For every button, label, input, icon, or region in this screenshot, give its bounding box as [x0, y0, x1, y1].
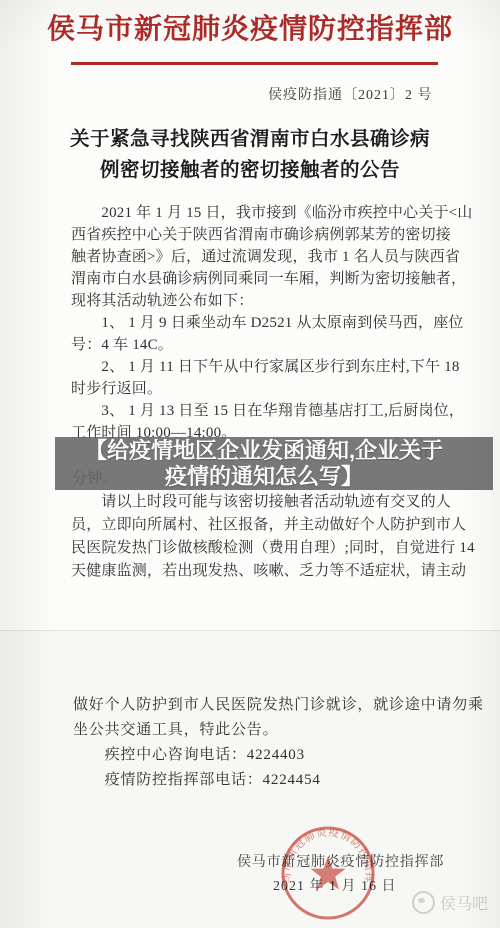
body-line: 现将其活动轨迹公布如下： [71, 290, 463, 312]
official-red-stamp: 侯马市新冠肺炎疫情防控指挥部 [279, 824, 377, 922]
notice-title-line1: 关于紧急寻找陕西省渭南市白水县确诊病 [50, 124, 450, 155]
footer-line: 坐公共交通工具，特此公告。 [73, 718, 465, 743]
body-line: 触者协查函>》后，通过流调发现，我市 1 名人员与陕西省 [71, 246, 463, 268]
stamp-graphic: 侯马市新冠肺炎疫情防控指挥部 [279, 824, 377, 922]
overlay-caption-line2: 疫情的通知怎么写】 [165, 464, 363, 490]
track-item-2-cont: 时步行返回。 [71, 378, 463, 400]
notice-title: 关于紧急寻找陕西省渭南市白水县确诊病 例密切接触者的密切接触者的公告 [50, 124, 450, 186]
body-line: 请以上时段可能与该密切接触者活动轨迹有交叉的人 [71, 491, 463, 514]
track-item-1: 1、 1 月 9 日乘坐动车 D2521 从太原南到侯马西，座位 [71, 312, 463, 334]
issuing-agency-header: 侯马市新冠肺炎疫情防控指挥部 [28, 7, 472, 47]
cdc-hotline: 疾控中心咨询电话：4224403 [73, 743, 465, 768]
overlay-caption-band: 【给疫情地区企业发函通知,企业关于 疫情的通知怎么写】 [55, 437, 493, 490]
body-line: 天健康监测，若出现发热、咳嗽、乏力等不适症状，请主动 [71, 560, 463, 583]
footer-line: 做好个人防护到市人民医院发热门诊就诊，就诊途中请勿乘 [73, 693, 465, 718]
overlay-caption-line1: 【给疫情地区企业发函通知,企业关于 [85, 438, 443, 464]
body-line: 员，立即向所属村、社区报备，并主动做好个人防护到市人 [71, 514, 463, 537]
body-line: 2021 年 1 月 15 日，我市接到《临汾市疾控中心关于<山 [71, 202, 463, 224]
watermark: 侯马吧 [412, 891, 488, 914]
notice-body-part1: 2021 年 1 月 15 日，我市接到《临汾市疾控中心关于<山 西省疾控中心关… [71, 202, 463, 444]
notice-body-part2: 请以上时段可能与该密切接触者活动轨迹有交叉的人 员，立即向所属村、社区报备，并主… [71, 491, 463, 583]
body-line: 渭南市白水县确诊病例同乘同一车厢，判断为密切接触者， [71, 268, 463, 290]
stamp-star-icon [311, 856, 346, 890]
red-divider-rule [71, 62, 438, 65]
notice-title-line2: 例密切接触者的密切接触者的公告 [50, 155, 450, 186]
tieba-logo-icon [412, 891, 435, 914]
notice-footer: 做好个人防护到市人民医院发热门诊就诊，就诊途中请勿乘 坐公共交通工具，特此公告。… [73, 693, 465, 793]
body-line: 民医院发热门诊做核酸检测（费用自理）;同时，自觉进行 14 [71, 537, 463, 560]
body-line: 西省疾控中心关于陕西省渭南市确诊病例郭某芳的密切接 [71, 224, 463, 246]
command-hotline: 疫情防控指挥部电话：4224454 [73, 768, 465, 793]
track-item-3: 3、 1 月 13 日至 15 日在华翔肯德基店打工,后厨岗位， [71, 400, 463, 422]
track-item-2: 2、 1 月 11 日下午从中行家属区步行到东庄村,下午 18 [71, 356, 463, 378]
track-item-1-cont: 号：4 车 14C。 [71, 334, 463, 356]
document-number: 侯疫防指通〔2021〕2 号 [268, 84, 433, 104]
watermark-label: 侯马吧 [440, 891, 488, 914]
scanned-notice-photo: 侯马市新冠肺炎疫情防控指挥部 侯疫防指通〔2021〕2 号 关于紧急寻找陕西省渭… [0, 0, 500, 928]
